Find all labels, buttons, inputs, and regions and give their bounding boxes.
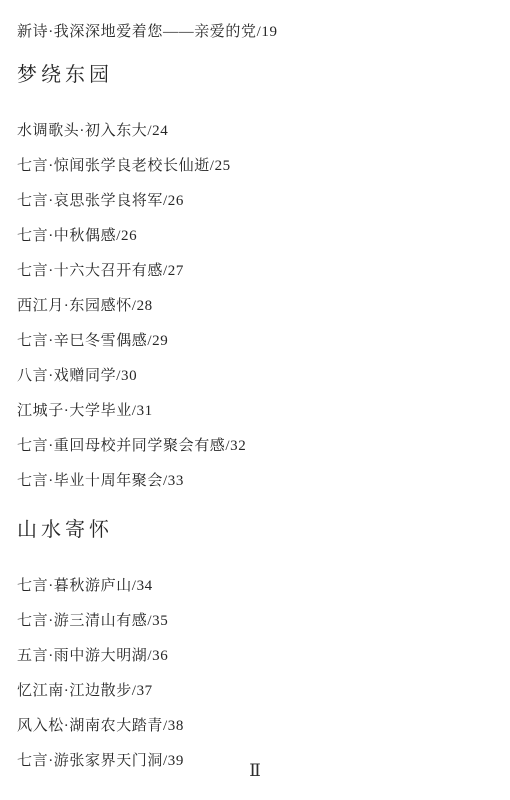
toc-entry: 江城子·大学毕业/31 [17, 403, 490, 419]
toc-entry: 七言·游三清山有感/35 [17, 613, 490, 629]
toc-entry: 七言·中秋偶感/26 [17, 228, 490, 244]
toc-entry: 七言·哀思张学良将军/26 [17, 193, 490, 209]
toc-entry: 七言·毕业十周年聚会/33 [17, 473, 490, 489]
toc-content: 新诗·我深深地爱着您——亲爱的党/19 梦绕东园 水调歌头·初入东大/24 七言… [0, 0, 510, 769]
toc-entry: 七言·十六大召开有感/27 [17, 263, 490, 279]
toc-entry: 忆江南·江边散步/37 [17, 683, 490, 699]
toc-entry: 七言·惊闻张学良老校长仙逝/25 [17, 158, 490, 174]
section-title: 山水寄怀 [17, 518, 490, 543]
toc-entry: 七言·暮秋游庐山/34 [17, 578, 490, 594]
toc-entry: 西江月·东园感怀/28 [17, 298, 490, 314]
toc-entry: 八言·戏赠同学/30 [17, 368, 490, 384]
toc-entry: 五言·雨中游大明湖/36 [17, 648, 490, 664]
toc-entry: 水调歌头·初入东大/24 [17, 123, 490, 139]
toc-entry: 七言·辛巳冬雪偶感/29 [17, 333, 490, 349]
section-title: 梦绕东园 [17, 63, 490, 88]
toc-section-dreams-of-east-garden: 梦绕东园 水调歌头·初入东大/24 七言·惊闻张学良老校长仙逝/25 七言·哀思… [17, 63, 490, 489]
page-number: Ⅱ [0, 761, 510, 781]
book-toc-page: 新诗·我深深地爱着您——亲爱的党/19 梦绕东园 水调歌头·初入东大/24 七言… [0, 0, 510, 800]
toc-section-landscape-feelings: 山水寄怀 七言·暮秋游庐山/34 七言·游三清山有感/35 五言·雨中游大明湖/… [17, 518, 490, 769]
toc-entry-continued: 新诗·我深深地爱着您——亲爱的党/19 [17, 24, 490, 40]
toc-entry: 风入松·湖南农大踏青/38 [17, 718, 490, 734]
toc-entry: 七言·重回母校并同学聚会有感/32 [17, 438, 490, 454]
